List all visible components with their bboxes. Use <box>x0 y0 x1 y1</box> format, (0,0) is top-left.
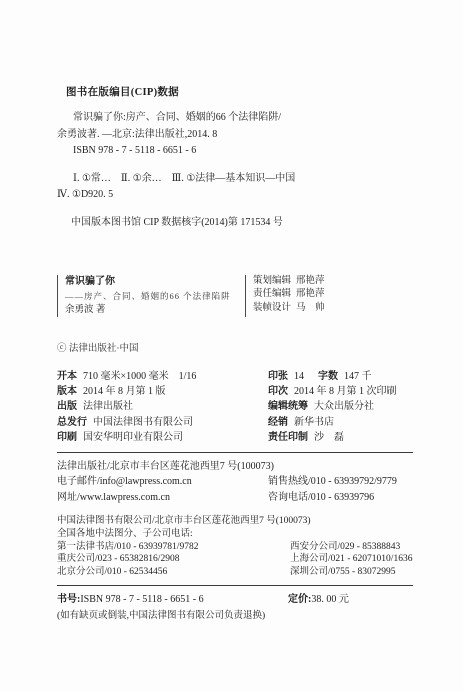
pub-row: 总发行中国法律图书有限公司 <box>57 415 268 430</box>
publication-info: 开本710 毫米×1000 毫米 1/16 版本2014 年 8 月第 1 版 … <box>57 369 413 446</box>
editor-row: 策划编辑邢艳萍 <box>253 275 325 289</box>
cip-class-line1: Ⅰ. ①常… Ⅱ. ①余… Ⅲ. ①法律—基本知识—中国 <box>57 171 413 187</box>
cip-record-number: 中国版本图书馆 CIP 数据核字(2014)第 171534 号 <box>57 213 413 228</box>
editor-row: 装帧设计马 帅 <box>253 302 325 316</box>
pub-row: 责任印制沙 磊 <box>268 430 413 445</box>
contact-row: 重庆公司/023 - 65382816/2908 上海公司/021 - 6207… <box>57 553 413 566</box>
contact-left: 网址/www.lawpress.com.cn <box>57 490 268 506</box>
book-title: 常识骗了你 <box>65 275 245 289</box>
pub-row: 版本2014 年 8 月第 1 版 <box>57 384 268 399</box>
pub-label: 字数 <box>318 371 338 382</box>
publication-info-right: 印张14字数147 千 印次2014 年 8 月第 1 次印刷 编辑统筹大众出版… <box>268 369 413 446</box>
pub-value: 2014 年 8 月第 1 版 <box>83 386 166 397</box>
pub-row: 印刷国安华明印业有限公司 <box>57 430 268 445</box>
pub-row: 编辑统筹大众出版分社 <box>268 399 413 414</box>
contact-right: 上海公司/021 - 62071010/1636 <box>290 553 412 566</box>
return-policy-note: (如有缺页或倒装,中国法律图书有限公司负责退换) <box>57 609 413 623</box>
pub-value: 147 千 <box>344 371 372 382</box>
title-block: 常识骗了你 ——房产、合同、婚姻的66 个法律陷阱 余勇波 著 策划编辑邢艳萍 … <box>57 275 413 317</box>
pub-value: 中国法律图书有限公司 <box>93 417 193 428</box>
company-contact-block: 中国法律图书有限公司/北京市丰台区莲花池西里7 号(100073) 全国各地中法… <box>57 515 413 579</box>
pub-label: 印张 <box>268 371 288 382</box>
company-address: 中国法律图书有限公司/北京市丰台区莲花池西里7 号(100073) <box>57 515 413 528</box>
price-entry: 定价:38. 00 元 <box>288 593 349 607</box>
isbn-label: 书号: <box>57 594 80 605</box>
contact-left: 电子邮件/info@lawpress.com.cn <box>57 474 268 490</box>
pub-value: 2014 年 8 月第 1 次印刷 <box>294 386 397 397</box>
divider <box>57 585 413 586</box>
editor-role: 策划编辑 <box>253 276 291 286</box>
editors-column: 策划编辑邢艳萍 责任编辑邢艳萍 装帧设计马 帅 <box>245 275 325 317</box>
contact-row: 第一法律书店/010 - 63939781/9782 西安分公司/029 - 8… <box>57 541 413 554</box>
isbn-price-line: 书号:ISBN 978 - 7 - 5118 - 6651 - 6 定价:38.… <box>57 593 413 607</box>
divider <box>57 452 413 453</box>
isbn-entry: 书号:ISBN 978 - 7 - 5118 - 6651 - 6 <box>57 593 288 607</box>
contact-row: 电子邮件/info@lawpress.com.cn 销售热线/010 - 639… <box>57 474 413 490</box>
contact-right: 西安分公司/029 - 85388843 <box>290 541 400 554</box>
pub-value: 710 毫米×1000 毫米 1/16 <box>83 371 196 382</box>
pub-label: 经销 <box>268 417 288 428</box>
editor-role: 责任编辑 <box>253 289 291 299</box>
copyright-page: 图书在版编目(CIP)数据 常识骗了你:房产、合同、婚姻的66 个法律陷阱/ 余… <box>0 0 463 692</box>
pub-label: 编辑统筹 <box>268 401 308 412</box>
contact-right: 咨询电话/010 - 63939796 <box>268 490 374 506</box>
editor-name: 马 帅 <box>296 303 325 313</box>
cip-isbn-line: ISBN 978 - 7 - 5118 - 6651 - 6 <box>57 143 413 160</box>
pub-value: 国安华明印业有限公司 <box>83 432 183 443</box>
title-column: 常识骗了你 ——房产、合同、婚姻的66 个法律陷阱 余勇波 著 <box>57 275 245 317</box>
pub-row: 印次2014 年 8 月第 1 次印刷 <box>268 384 413 399</box>
cip-class-line2: Ⅳ. ①D920. 5 <box>57 187 413 203</box>
cip-description: 常识骗了你:房产、合同、婚姻的66 个法律陷阱/ 余勇波著. —北京:法律出版社… <box>57 110 413 160</box>
pub-row: 出版法律出版社 <box>57 399 268 414</box>
contact-left: 第一法律书店/010 - 63939781/9782 <box>57 541 290 554</box>
pub-row: 经销新华书店 <box>268 415 413 430</box>
press-contact-block: 法律出版社/北京市丰台区莲花池西里7 号(100073) 电子邮件/info@l… <box>57 459 413 506</box>
editor-name: 邢艳萍 <box>296 276 325 286</box>
cip-author-line: 余勇波著. —北京:法律出版社,2014. 8 <box>57 127 413 144</box>
pub-row: 印张14字数147 千 <box>268 369 413 384</box>
pub-value: 新华书店 <box>294 417 334 428</box>
contact-left: 重庆公司/023 - 65382816/2908 <box>57 553 290 566</box>
price-value: 38. 00 元 <box>311 594 349 605</box>
contact-row: 网址/www.lawpress.com.cn 咨询电话/010 - 639397… <box>57 490 413 506</box>
contact-left: 北京分公司/010 - 62534456 <box>57 566 290 579</box>
contact-row: 北京分公司/010 - 62534456 深圳公司/0755 - 8307299… <box>57 566 413 579</box>
book-author: 余勇波 著 <box>65 303 245 317</box>
pub-value: 大众出版分社 <box>314 401 374 412</box>
pub-label: 责任印制 <box>268 432 308 443</box>
copyright-notice: ⓒ 法律出版社·中国 <box>57 340 413 354</box>
pub-label: 印刷 <box>57 432 77 443</box>
pub-value: 沙 磊 <box>314 432 344 443</box>
editor-name: 邢艳萍 <box>296 289 325 299</box>
pub-value: 14 <box>294 371 304 382</box>
editor-row: 责任编辑邢艳萍 <box>253 288 325 302</box>
editor-role: 装帧设计 <box>253 303 291 313</box>
press-address: 法律出版社/北京市丰台区莲花池西里7 号(100073) <box>57 459 413 475</box>
pub-label: 印次 <box>268 386 288 397</box>
company-note: 全国各地中法图分、子公司电话: <box>57 528 413 541</box>
cip-heading: 图书在版编目(CIP)数据 <box>66 84 413 99</box>
pub-label: 开本 <box>57 371 77 382</box>
contact-right: 销售热线/010 - 63939792/9779 <box>268 474 397 490</box>
contact-right: 深圳公司/0755 - 83072995 <box>290 566 396 579</box>
pub-label: 版本 <box>57 386 77 397</box>
pub-value: 法律出版社 <box>83 401 133 412</box>
pub-label: 出版 <box>57 401 77 412</box>
cip-classification: Ⅰ. ①常… Ⅱ. ①余… Ⅲ. ①法律—基本知识—中国 Ⅳ. ①D920. 5 <box>57 171 413 203</box>
book-subtitle: ——房产、合同、婚姻的66 个法律陷阱 <box>65 289 245 303</box>
publication-info-left: 开本710 毫米×1000 毫米 1/16 版本2014 年 8 月第 1 版 … <box>57 369 268 446</box>
cip-title-line: 常识骗了你:房产、合同、婚姻的66 个法律陷阱/ <box>57 110 413 127</box>
price-label: 定价: <box>288 594 311 605</box>
pub-label: 总发行 <box>57 417 87 428</box>
pub-row: 开本710 毫米×1000 毫米 1/16 <box>57 369 268 384</box>
isbn-value: ISBN 978 - 7 - 5118 - 6651 - 6 <box>80 594 203 605</box>
